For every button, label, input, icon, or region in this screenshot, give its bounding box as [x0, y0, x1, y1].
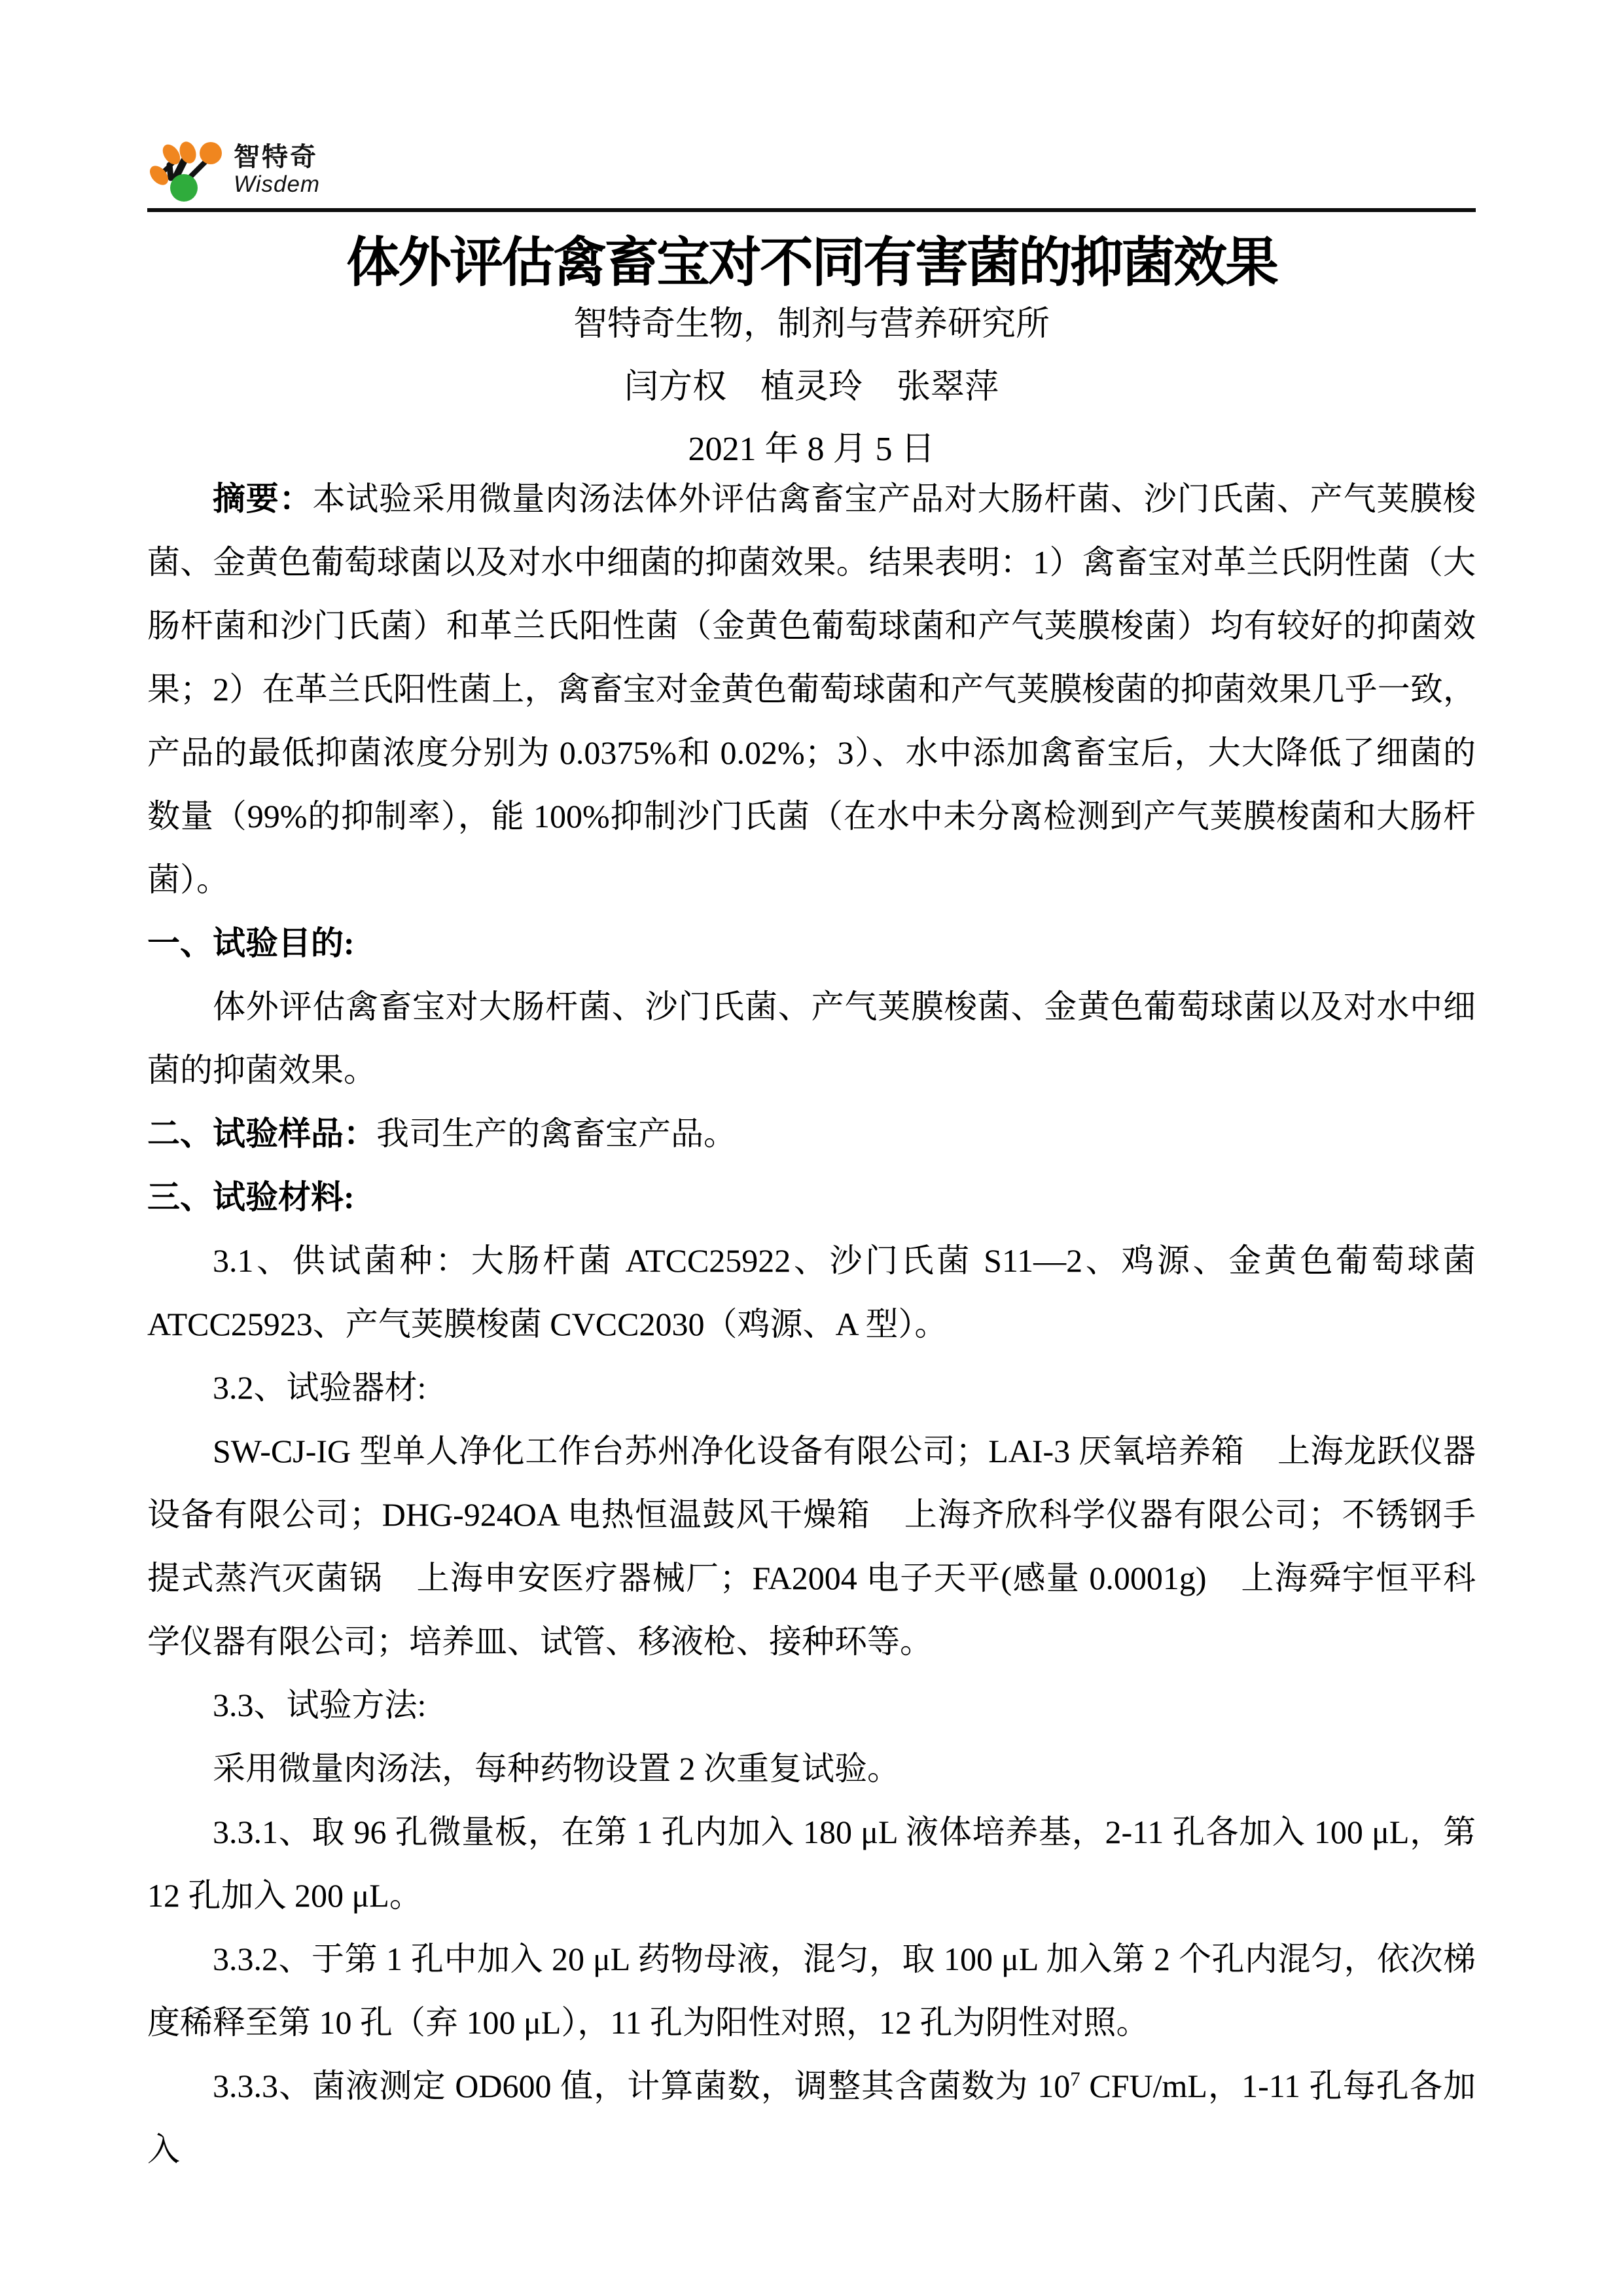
- text-run-bold: 二、试验样品：: [147, 1115, 376, 1152]
- logo-company-name-en: Wisdem: [234, 173, 320, 196]
- text-run: 体外评估禽畜宝对大肠杆菌、沙门氏菌、产气荚膜梭菌、金黄色葡萄球菌以及对水中细菌的…: [147, 988, 1476, 1088]
- paragraph-11: 3.3.1、取 96 孔微量板，在第 1 孔内加入 180 μL 液体培养基，2…: [147, 1801, 1476, 1928]
- paragraph-12: 3.3.2、于第 1 孔中加入 20 μL 药物母液，混匀，取 100 μL 加…: [147, 1928, 1476, 2054]
- affiliation-line: 智特奇生物，制剂与营养研究所: [0, 296, 1623, 345]
- paragraph-9: 3.3、试验方法:: [147, 1674, 1476, 1737]
- document-body: 摘要：本试验采用微量肉汤法体外评估禽畜宝产品对大肠杆菌、沙门氏菌、产气荚膜梭菌、…: [147, 467, 1476, 2181]
- paragraph-1: 摘要：本试验采用微量肉汤法体外评估禽畜宝产品对大肠杆菌、沙门氏菌、产气荚膜梭菌、…: [147, 467, 1476, 912]
- text-run: 3.1、供试菌种：大肠杆菌 ATCC25922、沙门氏菌 S11—2、鸡源、金黄…: [147, 1242, 1476, 1342]
- paragraph-10: 采用微量肉汤法，每种药物设置 2 次重复试验。: [147, 1737, 1476, 1801]
- text-run-bold: 三、试验材料:: [147, 1179, 355, 1215]
- text-run: 我司生产的禽畜宝产品。: [376, 1115, 736, 1152]
- logo-company-name: 智特奇: [234, 144, 320, 170]
- text-run: 3.3.1、取 96 孔微量板，在第 1 孔内加入 180 μL 液体培养基，2…: [147, 1814, 1476, 1914]
- text-run-superscript: 7: [1070, 2067, 1080, 2090]
- text-run: 3.2、试验器材:: [213, 1369, 426, 1406]
- authors-line: 闫方权 植灵玲 张翠萍: [0, 359, 1623, 408]
- paragraph-3: 体外评估禽畜宝对大肠杆菌、沙门氏菌、产气荚膜梭菌、金黄色葡萄球菌以及对水中细菌的…: [147, 975, 1476, 1102]
- text-run-bold: 一、试验目的:: [147, 925, 355, 961]
- document-page: 智特奇 Wisdem 体外评估禽畜宝对不同有害菌的抑菌效果 智特奇生物，制剂与营…: [0, 0, 1623, 2296]
- paragraph-6: 3.1、供试菌种：大肠杆菌 ATCC25922、沙门氏菌 S11—2、鸡源、金黄…: [147, 1229, 1476, 1356]
- header-divider: [147, 208, 1476, 212]
- paragraph-13: 3.3.3、菌液测定 OD600 值，计算菌数，调整其含菌数为 107 CFU/…: [147, 2054, 1476, 2181]
- logo-text: 智特奇 Wisdem: [234, 136, 320, 196]
- paragraph-8: SW-CJ-IG 型单人净化工作台苏州净化设备有限公司；LAI-3 厌氧培养箱 …: [147, 1420, 1476, 1674]
- text-run: 3.3.3、菌液测定 OD600 值，计算菌数，调整其含菌数为 10: [213, 2068, 1070, 2104]
- logo-mark-icon: [147, 136, 224, 203]
- company-logo: 智特奇 Wisdem: [147, 136, 320, 203]
- text-run: SW-CJ-IG 型单人净化工作台苏州净化设备有限公司；LAI-3 厌氧培养箱 …: [147, 1433, 1476, 1660]
- text-run: 采用微量肉汤法，每种药物设置 2 次重复试验。: [213, 1750, 900, 1787]
- paragraph-5: 三、试验材料:: [147, 1166, 1476, 1229]
- text-run: 3.3.2、于第 1 孔中加入 20 μL 药物母液，混匀，取 100 μL 加…: [147, 1941, 1476, 2041]
- paragraph-2: 一、试验目的:: [147, 912, 1476, 975]
- text-run: 3.3、试验方法:: [213, 1687, 426, 1723]
- paragraph-7: 3.2、试验器材:: [147, 1356, 1476, 1420]
- date-line: 2021 年 8 月 5 日: [0, 421, 1623, 470]
- page-title: 体外评估禽畜宝对不同有害菌的抑菌效果: [0, 220, 1623, 296]
- text-run-bold: 摘要：: [213, 480, 312, 517]
- text-run: 本试验采用微量肉汤法体外评估禽畜宝产品对大肠杆菌、沙门氏菌、产气荚膜梭菌、金黄色…: [147, 480, 1476, 898]
- paragraph-4: 二、试验样品：我司生产的禽畜宝产品。: [147, 1102, 1476, 1166]
